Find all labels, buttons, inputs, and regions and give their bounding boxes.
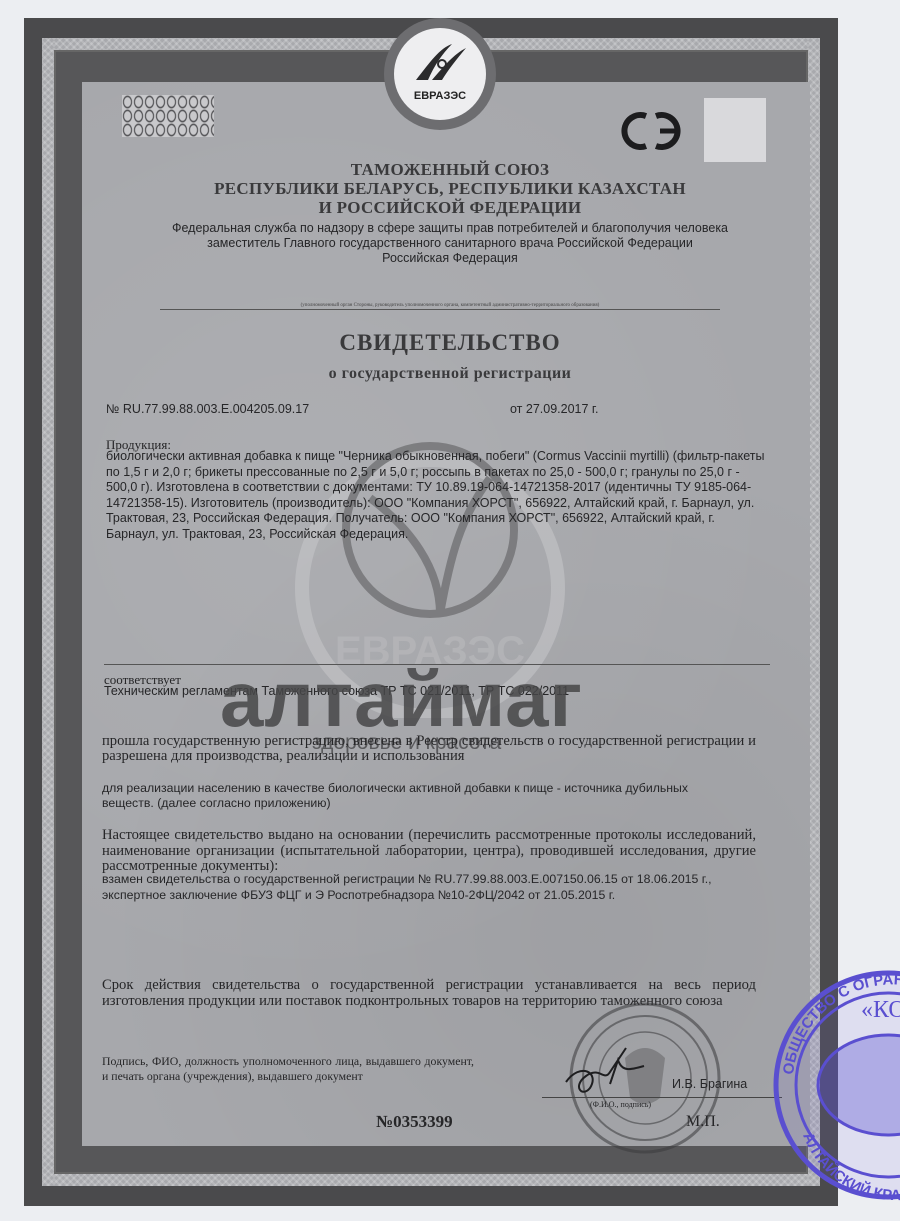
issuing-authority: Федеральная служба по надзору в сфере за… <box>100 221 800 266</box>
authority-hint: (уполномоченный орган Стороны, руководит… <box>100 303 800 308</box>
registration-number: RU.77.99.88.003.Е.004205.09.17 <box>123 402 309 416</box>
conformity-mark-icon <box>616 108 688 154</box>
security-pattern <box>122 95 214 137</box>
certificate-subtitle: о государственной регистрации <box>100 365 800 383</box>
signature-icon <box>560 1042 650 1102</box>
stamp-place-label: М.П. <box>686 1113 746 1131</box>
eurasec-logo: ЕВРАЗЭС <box>384 18 496 130</box>
fio-hint: (Ф.И.О., подпись) <box>590 1100 710 1109</box>
number-label: № <box>106 402 119 416</box>
watermark-brand: алтаймаг <box>220 660 583 738</box>
product-description: биологически активная добавка к пище "Че… <box>106 449 766 543</box>
registration-date: от 27.09.2017 г. <box>510 402 598 416</box>
signature-label: Подпись, ФИО, должность уполномоченного … <box>102 1054 474 1084</box>
signature-line <box>542 1097 782 1098</box>
company-seal-icon: ОБЩЕСТВО С ОГРАНИЧЕННОЙ «КОМПАНИЯ ХОРСТ»… <box>763 945 900 1205</box>
eurasec-emblem-icon <box>412 40 468 84</box>
certificate-title: СВИДЕТЕЛЬСТВО <box>100 330 800 356</box>
registration-statement: прошла государственную регистрацию, внес… <box>102 734 756 763</box>
basis-label: Настоящее свидетельство выдано на основа… <box>102 828 756 875</box>
corner-box <box>704 98 766 162</box>
logo-text: ЕВРАЗЭС <box>414 90 466 102</box>
usage-scope: для реализации населению в качестве биол… <box>102 781 742 811</box>
svg-text:«КОМПАНИЯ ХОРСТ»: «КОМПАНИЯ ХОРСТ» <box>861 997 900 1023</box>
union-title: ТАМОЖЕННЫЙ СОЮЗ РЕСПУБЛИКИ БЕЛАРУСЬ, РЕС… <box>100 160 800 217</box>
divider <box>160 309 720 310</box>
registration-number-row: № RU.77.99.88.003.Е.004205.09.17 от 27.0… <box>106 402 806 416</box>
basis-documents: взамен свидетельства о государственной р… <box>102 872 722 903</box>
